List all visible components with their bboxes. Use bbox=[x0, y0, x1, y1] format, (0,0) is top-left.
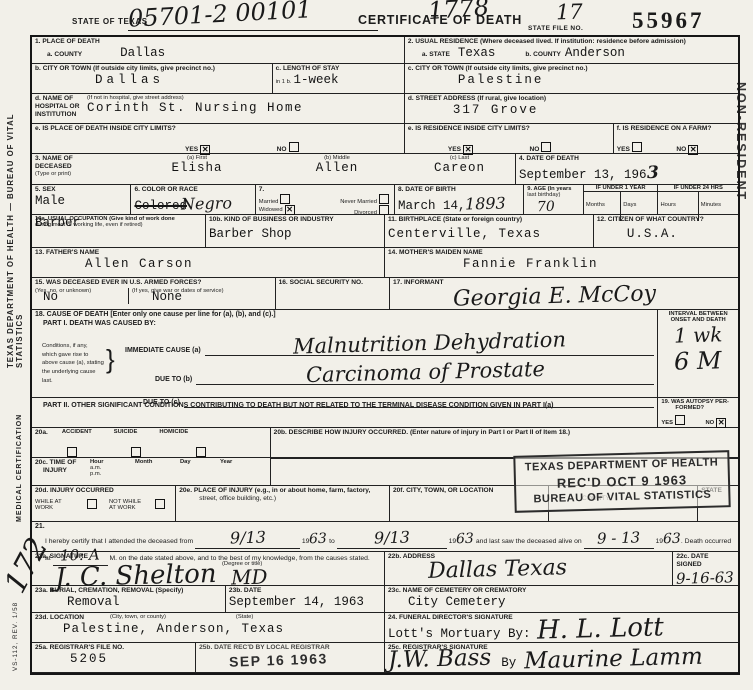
row-armed-forces-informant: 15. WAS DECEASED EVER IN U.S. ARMED FORC… bbox=[32, 278, 738, 310]
row-registrar: 25a. REGISTRAR'S FILE NO. 5205 25b. DATE… bbox=[32, 643, 738, 673]
field-burial-date: 23b. DATE September 14, 1963 bbox=[226, 586, 385, 612]
not-while-at-work-label: NOT WHILEAT WORK bbox=[109, 499, 153, 511]
field-social-security-no: 16. SOCIAL SECURITY NO. bbox=[276, 278, 390, 309]
row-certification: 21. I hereby certify that I attended the… bbox=[32, 522, 738, 552]
field-label: b. CITY OR TOWN (If outside city limits,… bbox=[35, 65, 269, 73]
field-label: 16. SOCIAL SECURITY NO. bbox=[279, 279, 386, 287]
date-of-death-correction: 3 bbox=[646, 163, 658, 183]
due-to-b-value: Carcinoma of Prostate bbox=[306, 356, 545, 386]
field-date-of-death: 4. DATE OF DEATH September 13, 196 3 bbox=[516, 154, 738, 184]
field-business-industry: 10b. KIND OF BUSINESS OR INDUSTRY Barber… bbox=[206, 215, 385, 247]
field-label: c. LENGTH OF STAY bbox=[276, 65, 401, 73]
institution-value: Corinth St. Nursing Home bbox=[87, 101, 303, 115]
attended-to-date: 9/13 bbox=[374, 530, 410, 544]
burial-date-value: September 14, 1963 bbox=[229, 595, 381, 609]
yes-label: YES bbox=[661, 420, 673, 426]
divorced-checkbox bbox=[379, 205, 389, 215]
field-label: 1. PLACE OF DEATH bbox=[35, 38, 401, 46]
minutes-label: Minutes bbox=[701, 202, 721, 208]
last-name-value: Careon bbox=[407, 161, 512, 175]
field-label: 13. FATHER'S NAME bbox=[35, 249, 381, 257]
date-received-stamp: SEP 16 1963 bbox=[229, 651, 328, 670]
informant-signature: Georgia E. McCoy bbox=[453, 282, 657, 312]
row-place-residence: 1. PLACE OF DEATH a. COUNTY Dallas 2. US… bbox=[32, 37, 738, 64]
field-label: e. IS RESIDENCE INSIDE CITY LIMITS? bbox=[408, 125, 610, 133]
field-label: 23c. NAME OF CEMETERY OR CREMATORY bbox=[388, 587, 735, 595]
brace-glyph: } bbox=[106, 344, 115, 375]
field-label2: INJURY bbox=[43, 467, 90, 475]
autopsy-no-checkbox: ✕ bbox=[716, 418, 726, 428]
field-autopsy: 19. WAS AUTOPSY PER- FORMED? YES NO✕ bbox=[658, 398, 738, 427]
field-date-of-birth: 8. DATE OF BIRTH March 14, 1893 bbox=[395, 185, 524, 214]
row-part2-autopsy: PART II. OTHER SIGNIFICANT CONDITIONS CO… bbox=[32, 398, 738, 428]
field-label2: street, office building, etc.) bbox=[199, 495, 386, 503]
header-handwriting-17: 17 bbox=[556, 0, 583, 24]
field-residence-inside-limits: e. IS RESIDENCE INSIDE CITY LIMITS? YES✕… bbox=[405, 124, 614, 153]
row-cause-of-death: 18. CAUSE OF DEATH [Enter only one cause… bbox=[32, 310, 738, 398]
field-label: 20b. DESCRIBE HOW INJURY OCCURRED. (Ente… bbox=[274, 429, 735, 437]
last-seen-year: 63 bbox=[663, 533, 681, 546]
field-informant: 17. INFORMANT Georgia E. McCoy bbox=[390, 278, 738, 309]
under-24-hrs-label: IF UNDER 24 HRS bbox=[658, 185, 738, 192]
field-mothers-maiden-name: 14. MOTHER'S MAIDEN NAME Fannie Franklin bbox=[385, 248, 738, 277]
field-residence-city: c. CITY OR TOWN (If outside city limits,… bbox=[405, 64, 738, 93]
registrar-deputy-signature-handwriting: Maurine Lamm bbox=[524, 644, 703, 675]
race-handwritten-value: Negro bbox=[181, 194, 232, 214]
date-of-birth-typed: March 14, bbox=[398, 199, 466, 213]
first-name-value: Elisha bbox=[127, 161, 267, 175]
field-fathers-name: 13. FATHER'S NAME Allen Carson bbox=[32, 248, 385, 277]
field-label: 11. BIRTHPLACE (State or foreign country… bbox=[388, 216, 590, 224]
field-label: 20c. TIME OF bbox=[35, 459, 90, 467]
autopsy-yes-checkbox bbox=[675, 415, 685, 425]
field-label: c. CITY OR TOWN (If outside city limits,… bbox=[408, 65, 735, 73]
field-certification-statement: 21. I hereby certify that I attended the… bbox=[32, 522, 738, 551]
field-if-under-24-hrs: IF UNDER 24 HRS Hours Minutes bbox=[658, 185, 738, 214]
mothers-name-value: Fannie Franklin bbox=[463, 257, 735, 271]
funeral-director-signature-handwriting: H. L. Lott bbox=[536, 613, 664, 646]
field-label: 6. COLOR OR RACE bbox=[134, 186, 251, 194]
mortuary-typed-value: Lott's Mortuary By: bbox=[388, 627, 531, 641]
birthplace-value: Centerville, Texas bbox=[388, 227, 590, 241]
residence-county-value: Anderson bbox=[565, 46, 625, 60]
street-address-value: 317 Grove bbox=[453, 103, 735, 117]
day-label: Day bbox=[180, 459, 220, 477]
field-date-signed: 22c. DATE SIGNED 9-16-63 bbox=[673, 552, 738, 585]
attended-from-year: 63 bbox=[309, 533, 327, 546]
received-stamp: TEXAS DEPARTMENT OF HEALTH REC'D OCT 9 1… bbox=[513, 450, 730, 513]
field-time-of-injury: 20c. TIME OF INJURY Hour a.m. p.m. Month… bbox=[32, 458, 271, 485]
field-cause-of-death: 18. CAUSE OF DEATH [Enter only one cause… bbox=[32, 310, 658, 397]
degree-or-title-note: (Degree or title) bbox=[222, 561, 262, 567]
location-note2: (State) bbox=[236, 614, 253, 622]
field-name-of-deceased: 3. NAME OF DECEASED (Type or print) (a) … bbox=[32, 154, 516, 184]
residence-limits-no-checkbox bbox=[541, 142, 551, 152]
yes-label: YES bbox=[185, 146, 198, 153]
field-label: 20a. bbox=[35, 429, 48, 437]
months-label: Months bbox=[586, 202, 605, 208]
field-registrar-file-no: 25a. REGISTRAR'S FILE NO. 5205 bbox=[32, 643, 196, 672]
row-city-limits: e. IS PLACE OF DEATH INSIDE CITY LIMITS?… bbox=[32, 124, 738, 154]
hours-label: Hours bbox=[660, 202, 675, 208]
accident-label: ACCIDENT bbox=[62, 429, 92, 437]
age-value: 70 bbox=[537, 199, 555, 215]
to-text: to bbox=[329, 538, 335, 545]
farm-yes-checkbox bbox=[632, 142, 642, 152]
due-to-b-label: DUE TO (b) bbox=[155, 376, 192, 385]
row-burial: 23a. BURIAL, CREMATION, REMOVAL (Specify… bbox=[32, 586, 738, 613]
row-institution-street: d. NAME OF HOSPITAL OR INSTITUTION (If n… bbox=[32, 94, 738, 124]
business-value: Barber Shop bbox=[209, 227, 381, 241]
year-label: Year bbox=[220, 459, 232, 477]
due-to-b-interval: 6 M bbox=[674, 346, 722, 375]
pm-label: p.m. bbox=[90, 471, 135, 477]
field-label: 12. CITIZEN OF WHAT COUNTRY? bbox=[597, 216, 735, 224]
race-struck-value: Colored bbox=[134, 199, 187, 213]
field-label: 23a. BURIAL, CREMATION, REMOVAL (Specify… bbox=[35, 587, 222, 595]
under-1-year-label: IF UNDER 1 YEAR bbox=[584, 185, 658, 192]
length-of-stay-value: 1-week bbox=[293, 73, 338, 87]
field-label: e. IS PLACE OF DEATH INSIDE CITY LIMITS? bbox=[35, 125, 401, 133]
stay-note: in 1 b. bbox=[276, 79, 292, 85]
field-street-address: d. STREET ADDRESS (If rural, give locati… bbox=[405, 94, 738, 123]
county-label: b. COUNTY bbox=[525, 51, 561, 59]
field-citizen-country: 12. CITIZEN OF WHAT COUNTRY? U.S.A. bbox=[594, 215, 738, 247]
field-length-of-stay: c. LENGTH OF STAY in 1 b. 1-week bbox=[273, 64, 405, 93]
middle-name-value: Allen bbox=[267, 161, 407, 175]
no-label: NO bbox=[530, 146, 540, 153]
month-label: Month bbox=[135, 459, 180, 477]
field-label: 3. NAME OF bbox=[35, 155, 127, 163]
field-label: 14. MOTHER'S MAIDEN NAME bbox=[388, 249, 735, 257]
field-burial-removal: 23a. BURIAL, CREMATION, REMOVAL (Specify… bbox=[32, 586, 226, 612]
field-label: 25a. REGISTRAR'S FILE NO. bbox=[35, 644, 192, 652]
burial-location-value: Palestine, Anderson, Texas bbox=[63, 622, 381, 636]
left-margin-medical-certification-text: MEDICAL CERTIFICATION bbox=[16, 392, 23, 522]
days-label: Days bbox=[623, 202, 636, 208]
field-label: 20e. PLACE OF INJURY (e.g., in or about … bbox=[179, 487, 386, 495]
immediate-cause-label: IMMEDIATE CAUSE (a) bbox=[125, 347, 201, 356]
registrar-file-no-value: 5205 bbox=[70, 652, 192, 666]
yes-label: YES bbox=[617, 146, 630, 153]
state-label: a. STATE bbox=[422, 51, 450, 59]
left-margin-department-text: TEXAS DEPARTMENT OF HEALTH — BUREAU OF V… bbox=[6, 58, 24, 368]
conditions-note: Conditions, if any, which gave rise to a… bbox=[42, 342, 104, 385]
field-sex: 5. SEX Male bbox=[32, 185, 131, 214]
field-label: 20d. INJURY OCCURRED bbox=[35, 487, 172, 495]
sex-value: Male bbox=[35, 194, 127, 208]
field-place-city: b. CITY OR TOWN (If outside city limits,… bbox=[32, 64, 273, 93]
not-while-at-work-checkbox bbox=[155, 499, 165, 509]
field-label: d. STREET ADDRESS (If rural, give locati… bbox=[408, 95, 735, 103]
attended-from-date: 9/13 bbox=[229, 530, 265, 544]
no-label: NO bbox=[676, 146, 686, 153]
immediate-cause-value: Malnutrition Dehydration bbox=[293, 327, 567, 358]
while-at-work-checkbox bbox=[87, 499, 97, 509]
registrar-by-typed: By bbox=[501, 656, 516, 670]
residence-state-value: Texas bbox=[458, 46, 496, 60]
field-label: HOSPITAL OR bbox=[35, 103, 87, 111]
date-of-death-value: September 13, 196 bbox=[519, 168, 647, 182]
burial-type-value: Removal bbox=[67, 595, 222, 609]
place-county-value: Dallas bbox=[120, 46, 165, 60]
date-of-birth-handwritten: 1893 bbox=[465, 194, 506, 214]
field-place-of-death: 1. PLACE OF DEATH a. COUNTY Dallas bbox=[32, 37, 405, 63]
field-part2-conditions: PART II. OTHER SIGNIFICANT CONDITIONS CO… bbox=[32, 398, 658, 427]
state-file-number: 55967 bbox=[632, 8, 705, 34]
field-date-received-local: 25b. DATE REC'D BY LOCAL REGISTRAR SEP 1… bbox=[196, 643, 385, 672]
homicide-label: HOMICIDE bbox=[159, 429, 188, 437]
place-limits-no-checkbox bbox=[289, 142, 299, 152]
header-underline bbox=[128, 30, 378, 31]
field-label: 23d. LOCATION bbox=[35, 614, 84, 622]
field-place-of-injury: 20e. PLACE OF INJURY (e.g., in or about … bbox=[176, 486, 390, 521]
field-marital-status: 7. Married Never Married Widowed✕ Divorc… bbox=[256, 185, 395, 214]
row-sex-race-birth: 5. SEX Male 6. COLOR OR RACE Colored Neg… bbox=[32, 185, 738, 215]
row-location-funeral-director: 23d. LOCATION (City, town, or county) (S… bbox=[32, 613, 738, 643]
field-usual-residence: 2. USUAL RESIDENCE (Where deceased lived… bbox=[405, 37, 738, 63]
place-city-value: Dallas bbox=[95, 73, 269, 87]
field-armed-forces: 15. WAS DECEASED EVER IN U.S. ARMED FORC… bbox=[32, 278, 276, 309]
field-color-or-race: 6. COLOR OR RACE Colored Negro bbox=[131, 185, 255, 214]
registrar-signature-handwriting: J.W. Bass bbox=[388, 645, 492, 674]
field-label: 7. bbox=[259, 186, 391, 194]
field-label: 10b. KIND OF BUSINESS OR INDUSTRY bbox=[209, 216, 381, 224]
row-parents: 13. FATHER'S NAME Allen Carson 14. MOTHE… bbox=[32, 248, 738, 278]
married-checkbox bbox=[280, 194, 290, 204]
county-label: a. COUNTY bbox=[47, 51, 82, 59]
field-injury-occurred: 20d. INJURY OCCURRED WHILE ATWORK NOT WH… bbox=[32, 486, 176, 521]
citizen-value: U.S.A. bbox=[627, 227, 735, 241]
field-physician-signature: 22a. SIGNATURE J. C. Shelton MD (Degree … bbox=[32, 552, 385, 585]
field-physician-address: 22b. ADDRESS Dallas Texas bbox=[385, 552, 673, 585]
field-note: (Type or print) bbox=[35, 171, 127, 177]
year-prefix3: 19 bbox=[656, 538, 664, 545]
suicide-checkbox bbox=[131, 447, 141, 457]
residence-city-value: Palestine bbox=[458, 73, 735, 87]
death-certificate-form: 1. PLACE OF DEATH a. COUNTY Dallas 2. US… bbox=[30, 35, 740, 675]
field-institution: d. NAME OF HOSPITAL OR INSTITUTION (If n… bbox=[32, 94, 405, 123]
field-usual-occupation: 10a. USUAL OCCUPATION (Give kind of work… bbox=[32, 215, 206, 247]
field-label: DECEASED bbox=[35, 163, 127, 171]
on-text: on bbox=[574, 538, 582, 545]
row-name-dod: 3. NAME OF DECEASED (Type or print) (a) … bbox=[32, 154, 738, 185]
field-residence-on-farm: f. IS RESIDENCE ON A FARM? YES NO✕ bbox=[614, 124, 738, 153]
cemetery-name-value: City Cemetery bbox=[408, 595, 735, 609]
row-physician-signature: 22a. SIGNATURE J. C. Shelton MD (Degree … bbox=[32, 552, 738, 586]
physician-address-handwriting: Dallas Texas bbox=[428, 555, 568, 584]
field-label: 4. DATE OF DEATH bbox=[519, 155, 735, 163]
widowed-checkbox: ✕ bbox=[285, 205, 295, 215]
immediate-cause-interval: 1 wk bbox=[674, 322, 723, 347]
field-age: 9. AGE (In years last birthday) 70 bbox=[524, 185, 584, 214]
suicide-label: SUICIDE bbox=[114, 429, 138, 437]
field-registrar-signature: 25c. REGISTRAR'S SIGNATURE J.W. Bass By … bbox=[385, 643, 738, 672]
header-handwriting-1778: 1778 bbox=[427, 0, 490, 25]
certify-text-pre: I hereby certify that I attended the dec… bbox=[45, 538, 193, 545]
field-label: 18. CAUSE OF DEATH [Enter only one cause… bbox=[35, 311, 654, 320]
item-21-number: 21. bbox=[35, 523, 45, 530]
yes-label: YES bbox=[448, 146, 461, 153]
no-label: NO bbox=[277, 146, 287, 153]
row-city-stay: b. CITY OR TOWN (If outside city limits,… bbox=[32, 64, 738, 94]
widowed-label: Widowed bbox=[259, 207, 283, 213]
field-label: d. NAME OF bbox=[35, 95, 87, 103]
field-accident-suicide-homicide: 20a. ACCIDENT SUICIDE HOMICIDE bbox=[32, 428, 271, 457]
field-label: 15. WAS DECEASED EVER IN U.S. ARMED FORC… bbox=[32, 278, 275, 288]
field-if-under-1-year: IF UNDER 1 YEAR Months Days bbox=[584, 185, 659, 214]
certify-alive-text: and last saw the deceased alive bbox=[476, 538, 572, 545]
state-file-no-label: STATE FILE NO. bbox=[528, 25, 583, 32]
location-note1: (City, town, or county) bbox=[110, 614, 166, 622]
field-label: 22c. DATE SIGNED bbox=[676, 553, 735, 569]
never-married-checkbox bbox=[379, 194, 389, 204]
field-interval-onset-death: INTERVAL BETWEEN ONSET AND DEATH 1 wk 6 … bbox=[658, 310, 738, 397]
part2-label: PART II. OTHER SIGNIFICANT CONDITIONS CO… bbox=[43, 402, 654, 411]
field-label: 2. USUAL RESIDENCE (Where deceased lived… bbox=[408, 38, 735, 46]
accident-checkbox bbox=[67, 447, 77, 457]
field-label: 5. SEX bbox=[35, 186, 127, 194]
field-funeral-director-signature: 24. FUNERAL DIRECTOR'S SIGNATURE Lott's … bbox=[385, 613, 738, 642]
attended-to-year: 63 bbox=[456, 533, 474, 546]
registration-number-handwriting: 05701-2 00101 bbox=[127, 0, 312, 33]
field-label: 23b. DATE bbox=[229, 587, 381, 595]
while-at-work-label: WHILE ATWORK bbox=[35, 499, 85, 511]
field-cemetery-name: 23c. NAME OF CEMETERY OR CREMATORY City … bbox=[385, 586, 738, 612]
field-burial-location: 23d. LOCATION (City, town, or county) (S… bbox=[32, 613, 385, 642]
no-label: NO bbox=[705, 420, 714, 426]
field-label2: last birthday) bbox=[527, 192, 580, 198]
field-label: INSTITUTION bbox=[35, 111, 87, 119]
last-seen-date: 9 - 13 bbox=[597, 531, 641, 545]
field-birthplace: 11. BIRTHPLACE (State or foreign country… bbox=[385, 215, 594, 247]
row-occupation-birthplace: 10a. USUAL OCCUPATION (Give kind of work… bbox=[32, 215, 738, 248]
homicide-checkbox bbox=[196, 447, 206, 457]
fathers-name-value: Allen Carson bbox=[85, 257, 381, 271]
field-label: f. IS RESIDENCE ON A FARM? bbox=[617, 125, 735, 133]
field-place-inside-limits: e. IS PLACE OF DEATH INSIDE CITY LIMITS?… bbox=[32, 124, 405, 153]
